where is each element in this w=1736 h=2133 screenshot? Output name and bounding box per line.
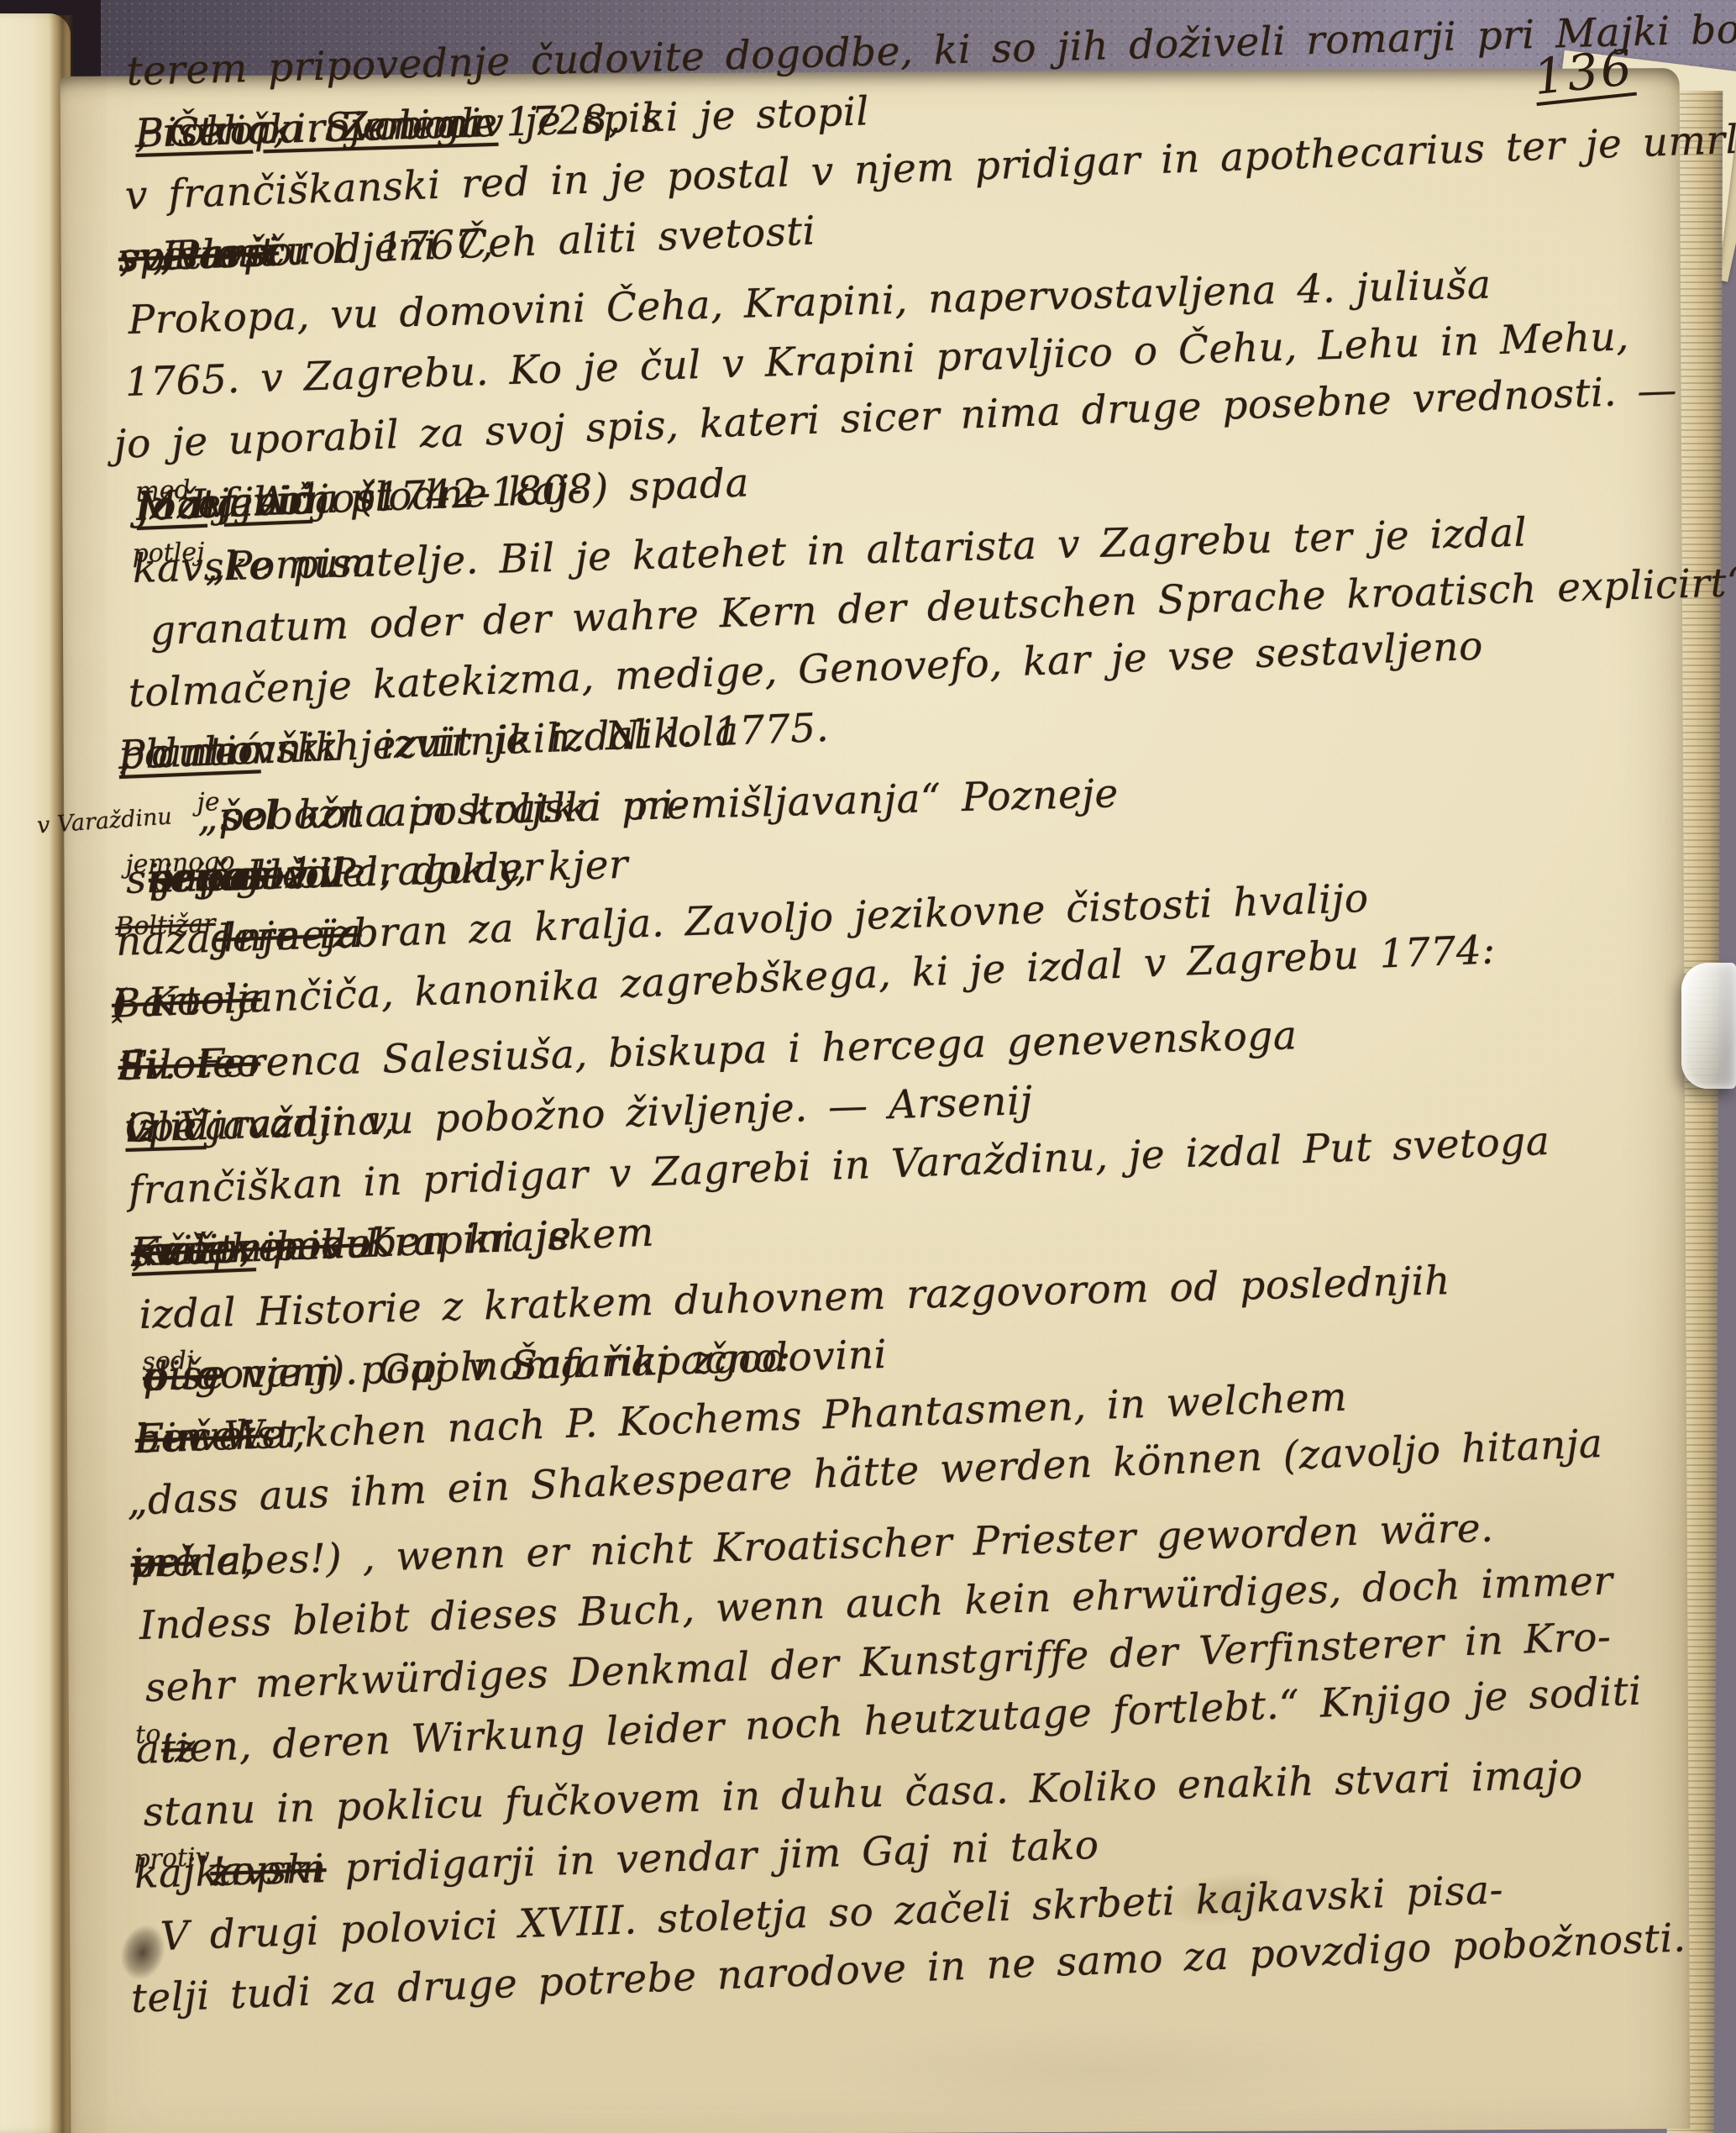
text-run: najbolj plodne kaj- [190,466,584,528]
text-run: ili [118,1043,158,1090]
manuscript-line: sijonar v Paraguay, kjer je sega naposle… [125,854,236,903]
manuscript-text: terem pripovednje čudovite dogodbe, ki s… [0,0,1736,2133]
text-run: , župnik v Krapini je [130,1212,573,1276]
text-run: Sv. Ferenca Salesiuša, biskupa i hercega… [118,1012,1298,1090]
struck-out-text: zoprn [209,1846,327,1895]
page-holder-clip [1681,963,1736,1089]
manuscript-line: atien, deren Wirkung leider noch heutzut… [135,1726,162,1773]
text-run: iz Varaždina, [124,1097,396,1152]
text-run: , duhovnik jezuit je izdal l. 1775. [118,705,830,779]
struck-out-text: Jerneja [215,911,362,962]
text-run: „Pomum [204,539,377,590]
inserted-word: sodi [142,1346,195,1377]
inserted-word: mnogo [148,847,235,879]
inserted-word: Boltižar [115,909,217,942]
inserted-word: potlej [132,538,205,569]
text-run: sv. [118,234,171,281]
text-run: , Čeha, rojenega 1728, ki je stopil [134,88,870,157]
manuscript-line: kajkavski pridigarji in vendar jim Gaj n… [134,1849,211,1898]
manuscript-line: kavske pisatelje. Bil je katehet in alta… [132,544,205,592]
inserted-word: protiv [134,1842,210,1874]
manuscript-line: dugovanj). Gaj v Šafařiki zgodovini piše… [142,1353,196,1400]
text-run: ni bil [234,850,347,900]
inserted-word: je [197,787,220,817]
text-run: o njem popolnoma napačno: [194,1334,791,1399]
text-run: terem pripovednje čudovite dogodbe, ki s… [126,5,1736,95]
manuscript-line: nazadnje izbran za kralja. Zavoljo jezik… [115,916,217,965]
manuscript-line: Jožef Arnošt Matjević iz Ivaniča (1742-1… [135,481,192,530]
inserted-word: je [125,849,149,880]
manuscript-photo: 136 terem pripovednje čudovite dogodbe, … [0,0,1736,2133]
text-run: ! [209,1849,227,1896]
struck-out-text: iz [160,1725,197,1773]
text-run: šel kot apostoljski mi- [219,782,688,841]
inserted-word: med [135,475,191,507]
manuscript-line: „pobožna in kratka premišljavanja“ Pozne… [197,794,220,841]
inserted-word: to [135,1720,161,1750]
text-run: beweist, [134,1411,307,1463]
text-run: izdal Historie z kratkem duhovnem razgov… [139,1258,1450,1338]
